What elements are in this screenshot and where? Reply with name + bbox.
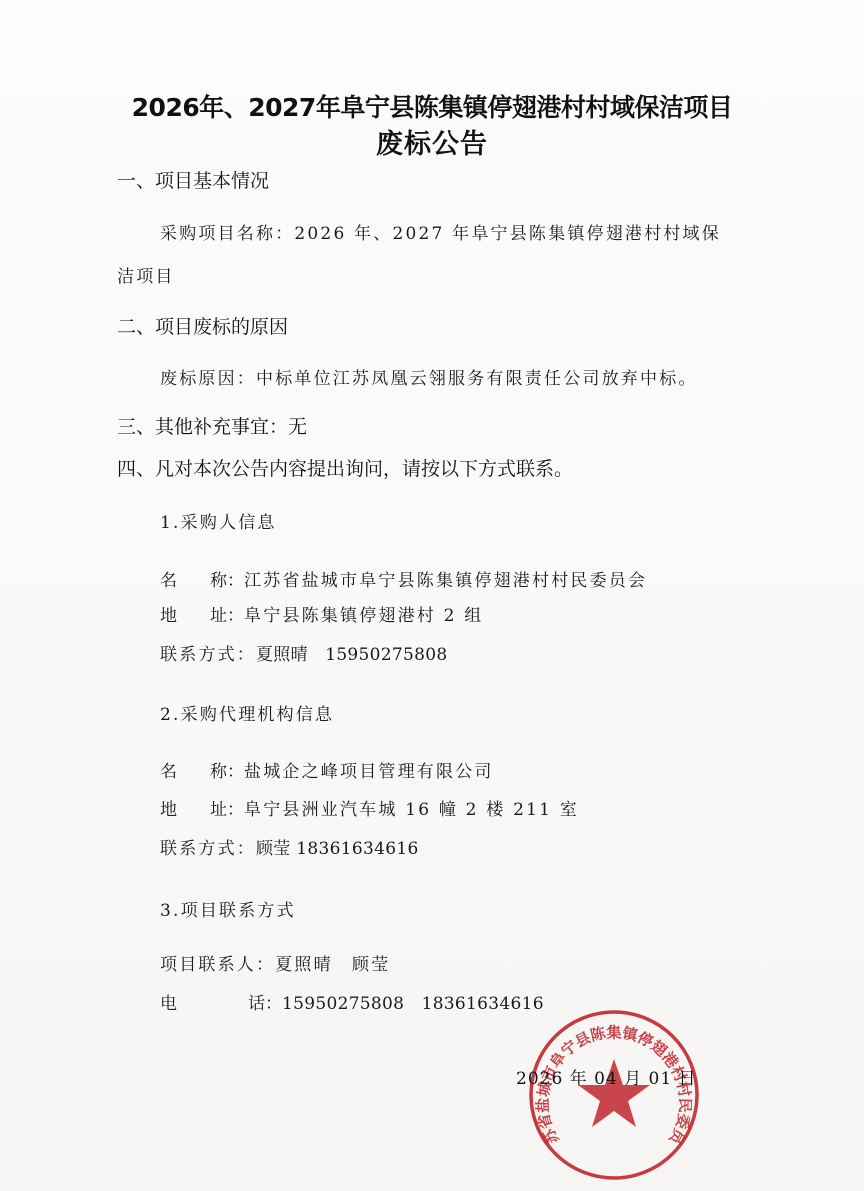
- persons-label: 项目联系人：: [160, 955, 275, 975]
- name-label: 名称：: [160, 757, 244, 782]
- project-contact-phone-row: 电话：15950275808 18361634616: [160, 989, 544, 1014]
- document-title: 2026年、2027年阜宁县陈集镇停翅港村村域保洁项目: [0, 88, 864, 124]
- project-name-line2: 洁项目: [117, 262, 175, 287]
- section-1-heading: 一、项目基本情况: [117, 166, 269, 193]
- purchaser-contact-row: 联系方式：夏照晴 15950275808: [160, 640, 447, 665]
- address-label: 地址：: [160, 795, 244, 820]
- agency-contact: 顾莹 18361634616: [256, 839, 419, 859]
- document-page: 2026年、2027年阜宁县陈集镇停翅港村村域保洁项目 废标公告 一、项目基本情…: [0, 0, 864, 1191]
- agency-address: 阜宁县洲业汽车城 16 幢 2 楼 211 室: [244, 800, 579, 820]
- address-label: 地址：: [160, 601, 244, 626]
- agency-name: 盐城企之峰项目管理有限公司: [244, 762, 494, 782]
- document-subtitle: 废标公告: [0, 122, 864, 161]
- project-contact-phones: 15950275808 18361634616: [282, 994, 544, 1014]
- contact-label: 联系方式：: [160, 839, 256, 859]
- official-seal-icon: 江苏省盐城市阜宁县陈集镇停翅港村村民委员会: [526, 1007, 702, 1183]
- project-name-line1: 采购项目名称：2026 年、2027 年阜宁县陈集镇停翅港村村域保: [160, 219, 721, 244]
- purchaser-address-row: 地址：阜宁县陈集镇停翅港村 2 组: [160, 601, 483, 626]
- project-contact-title: 3.项目联系方式: [160, 896, 296, 921]
- phone-label: 电话：: [160, 989, 282, 1014]
- section-2-heading: 二、项目废标的原因: [117, 312, 288, 339]
- agency-contact-row: 联系方式：顾莹 18361634616: [160, 834, 419, 859]
- name-label: 名称：: [160, 566, 244, 591]
- cancellation-reason: 废标原因：中标单位江苏凤凰云翎服务有限责任公司放弃中标。: [160, 364, 698, 389]
- section-4-heading: 四、凡对本次公告内容提出询问，请按以下方式联系。: [117, 454, 573, 481]
- section-3-heading: 三、其他补充事宜：无: [117, 412, 307, 439]
- agency-address-row: 地址：阜宁县洲业汽车城 16 幢 2 楼 211 室: [160, 795, 579, 820]
- project-contact-persons: 夏照晴 顾莹: [275, 955, 390, 975]
- purchaser-name-row: 名称：江苏省盐城市阜宁县陈集镇停翅港村村民委员会: [160, 566, 647, 591]
- purchaser-contact: 夏照晴 15950275808: [256, 645, 447, 665]
- issue-date: 2026 年 04 月 01 日: [516, 1064, 697, 1089]
- project-contact-persons-row: 项目联系人：夏照晴 顾莹: [160, 950, 390, 975]
- agency-name-row: 名称：盐城企之峰项目管理有限公司: [160, 757, 494, 782]
- purchaser-address: 阜宁县陈集镇停翅港村 2 组: [244, 606, 483, 626]
- contact-label: 联系方式：: [160, 645, 256, 665]
- purchaser-info-title: 1.采购人信息: [160, 508, 277, 533]
- agency-info-title: 2.采购代理机构信息: [160, 700, 334, 725]
- purchaser-name: 江苏省盐城市阜宁县陈集镇停翅港村村民委员会: [244, 571, 647, 591]
